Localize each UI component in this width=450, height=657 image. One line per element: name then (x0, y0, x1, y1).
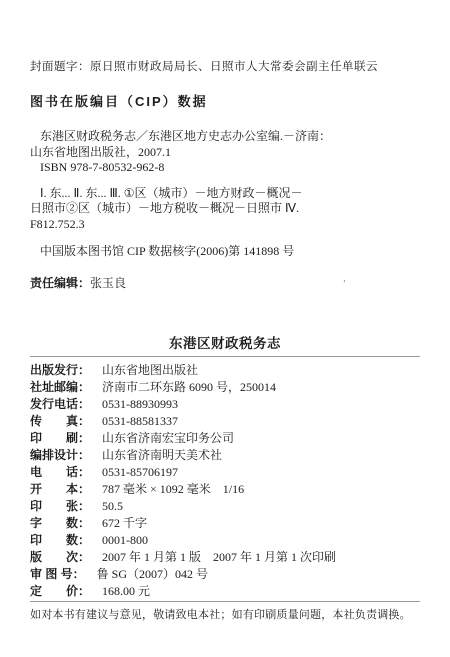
colophon-value: 168.00 元 (102, 583, 150, 600)
cip-heading: 图书在版编目（CIP）数据 (30, 94, 420, 110)
colophon-label: 印 数： (30, 532, 90, 549)
colophon-row: 传 真： 0531-88581337 (30, 413, 420, 430)
colophon-label: 传 真： (30, 413, 90, 430)
colophon-value: 2007 年 1 月第 1 版 2007 年 1 月第 1 次印刷 (102, 549, 336, 566)
colophon-table: 出版发行： 山东省地图出版社 社址邮编： 济南市二环东路 6090 号，2500… (30, 362, 420, 600)
cip-classification: Ⅰ. 东... Ⅱ. 东... Ⅲ. ①区（城市）－地方财政－概况－ 日照市②区… (30, 186, 420, 233)
colophon-row: 社址邮编： 济南市二环东路 6090 号，250014 (30, 379, 420, 396)
colophon-label: 社址邮编： (30, 379, 90, 396)
book-title: 东港区财政税务志 (30, 336, 420, 352)
footer-note: 如对本书有建议与意见，敬请致电本社；如有印刷质量问题，本社负责调换。 (30, 608, 420, 622)
stray-mark: ， (343, 271, 352, 284)
colophon-row: 编排设计： 山东省济南明天美术社 (30, 447, 420, 464)
cip-description-line: ISBN 978-7-80532-962-8 (30, 160, 420, 176)
colophon-value: 50.5 (102, 498, 123, 515)
colophon-row: 印 刷： 山东省济南宏宝印务公司 (30, 430, 420, 447)
colophon-row: 审 图 号： 鲁 SG（2007）042 号 (30, 566, 420, 583)
colophon-row: 版 次： 2007 年 1 月第 1 版 2007 年 1 月第 1 次印刷 (30, 549, 420, 566)
copyright-page: 封面题字：原日照市财政局局长、日照市人大常委会副主任单联云 图书在版编目（CIP… (0, 0, 450, 657)
colophon-label: 版 次： (30, 549, 90, 566)
colophon-row: 印 数： 0001-800 (30, 532, 420, 549)
colophon-value: 济南市二环东路 6090 号，250014 (102, 379, 276, 396)
colophon-value: 山东省济南明天美术社 (102, 447, 222, 464)
colophon-row: 字 数： 672 千字 (30, 515, 420, 532)
colophon-label: 电 话： (30, 464, 90, 481)
cip-classification-line: Ⅰ. 东... Ⅱ. 东... Ⅲ. ①区（城市）－地方财政－概况－ (30, 186, 420, 202)
editor-line: 责任编辑：张玉良 (30, 276, 420, 291)
colophon-label: 字 数： (30, 515, 90, 532)
colophon-row: 定 价： 168.00 元 (30, 583, 420, 600)
page-content: 封面题字：原日照市财政局局长、日照市人大常委会副主任单联云 图书在版编目（CIP… (0, 0, 450, 622)
colophon-row: 出版发行： 山东省地图出版社 (30, 362, 420, 379)
colophon-value: 0001-800 (102, 532, 148, 549)
cip-classification-line: 日照市②区（城市）－地方税收－概况－日照市 Ⅳ. (30, 201, 420, 217)
colophon-value: 山东省地图出版社 (102, 362, 198, 379)
cip-description: 东港区财政税务志／东港区地方史志办公室编.－济南： 山东省地图出版社，2007.… (30, 129, 420, 176)
colophon-row: 电 话： 0531-85706197 (30, 464, 420, 481)
colophon-row: 发行电话： 0531-88930993 (30, 396, 420, 413)
editor-label: 责任编辑： (30, 276, 90, 290)
colophon-label: 审 图 号： (30, 566, 85, 583)
colophon-value: 0531-88930993 (102, 396, 178, 413)
colophon-row: 印 张： 50.5 (30, 498, 420, 515)
cip-classification-line: F812.752.3 (30, 217, 420, 233)
divider-rule-top (30, 356, 420, 357)
colophon-label: 开 本： (30, 481, 90, 498)
colophon-value: 0531-85706197 (102, 464, 178, 481)
colophon-value: 鲁 SG（2007）042 号 (97, 566, 208, 583)
colophon-label: 编排设计： (30, 447, 90, 464)
cover-inscription: 封面题字：原日照市财政局局长、日照市人大常委会副主任单联云 (30, 60, 420, 74)
colophon-label: 定 价： (30, 583, 90, 600)
colophon-value: 0531-88581337 (102, 413, 178, 430)
cip-description-line: 东港区财政税务志／东港区地方史志办公室编.－济南： (30, 129, 420, 145)
cip-record: 中国版本图书馆 CIP 数据核字(2006)第 141898 号 (30, 244, 420, 259)
cip-description-line: 山东省地图出版社，2007.1 (30, 145, 420, 161)
colophon-value: 787 毫米 × 1092 毫米 1/16 (102, 481, 244, 498)
colophon-label: 印 刷： (30, 430, 90, 447)
colophon-label: 印 张： (30, 498, 90, 515)
editor-name: 张玉良 (90, 276, 126, 290)
colophon-value: 672 千字 (102, 515, 147, 532)
colophon-row: 开 本： 787 毫米 × 1092 毫米 1/16 (30, 481, 420, 498)
colophon-label: 出版发行： (30, 362, 90, 379)
colophon-label: 发行电话： (30, 396, 90, 413)
colophon-value: 山东省济南宏宝印务公司 (102, 430, 234, 447)
divider-rule-bottom (30, 601, 420, 602)
